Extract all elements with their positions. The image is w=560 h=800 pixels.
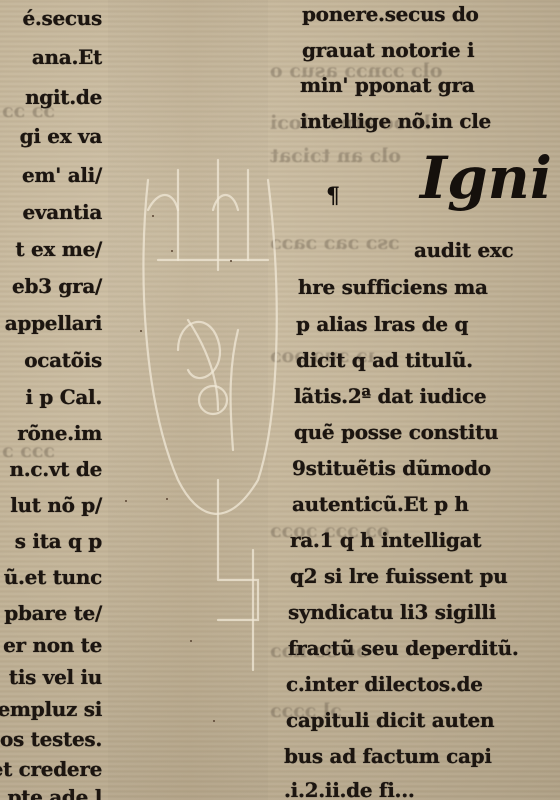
text-line: capituli dicit auten: [286, 709, 494, 731]
text-line: n.c.vt de: [10, 458, 102, 480]
text-line: eb3 gra/: [12, 275, 102, 297]
text-line: 9stituẽtis dũmodo: [292, 457, 491, 479]
text-line: ra.1 q h intelligat: [290, 529, 481, 551]
text-line: p alias lras de q: [296, 313, 468, 335]
text-line: é.secus: [22, 7, 102, 29]
text-line: i p Cal.: [25, 386, 102, 408]
text-line: grauat notorie i: [302, 39, 474, 61]
text-line: ũ.et tunc: [4, 566, 102, 588]
text-line: er non te: [3, 634, 102, 656]
text-line: bus ad factum capi: [284, 745, 492, 767]
text-line: q2 si lre fuissent pu: [290, 565, 507, 587]
text-line: dicit q ad titulũ.: [296, 349, 473, 371]
text-line: gi ex va: [20, 125, 102, 147]
text-line: evantia: [22, 201, 102, 223]
text-line: pbare te/: [4, 602, 102, 624]
text-line: appellari: [5, 312, 102, 334]
paragraph-mark: ¶: [326, 183, 340, 209]
text-line: t ex me/: [15, 238, 102, 260]
text-line: s ita q p: [15, 530, 102, 552]
text-line: em' ali/: [22, 164, 102, 186]
text-line: rõne.im: [17, 422, 102, 444]
document-page: olɔ ɔɔnɔɔ asuɔ o lc ɔo atnɔ oloɔi olɔ an…: [0, 0, 560, 800]
text-line: ana.Et: [32, 46, 102, 68]
text-line: lut nõ p/: [10, 494, 102, 516]
text-line: syndicatu li3 sigilli: [288, 601, 496, 623]
text-line: autenticũ.Et p h: [292, 493, 469, 515]
text-line: min' pponat gra: [300, 74, 474, 96]
text-line: audit exc: [414, 239, 513, 261]
decorated-initial: Igni: [420, 146, 552, 210]
text-line: et credere: [0, 758, 102, 780]
text-line: pte ade.l: [8, 786, 102, 800]
text-line: c.inter dilectos.de: [286, 673, 483, 695]
text-line: .i.2.ii.de fi...: [284, 779, 415, 800]
text-line: lãtis.2ª dat iudice: [294, 385, 486, 407]
text-line: empluz si: [0, 698, 102, 720]
watermark-icon: [118, 150, 288, 710]
text-line: os testes.: [0, 728, 102, 750]
text-line: ngit.de: [25, 86, 102, 108]
text-line: tis vel iu: [9, 666, 102, 688]
text-line: quẽ posse constitu: [294, 421, 498, 443]
text-line: ponere.secus do: [302, 3, 479, 25]
text-line: hre sufficiens ma: [298, 276, 488, 298]
text-line: fractũ seu deperditũ.: [288, 637, 519, 659]
text-line: ocatõis: [24, 349, 102, 371]
text-line: intellige nõ.in cle: [300, 110, 491, 132]
